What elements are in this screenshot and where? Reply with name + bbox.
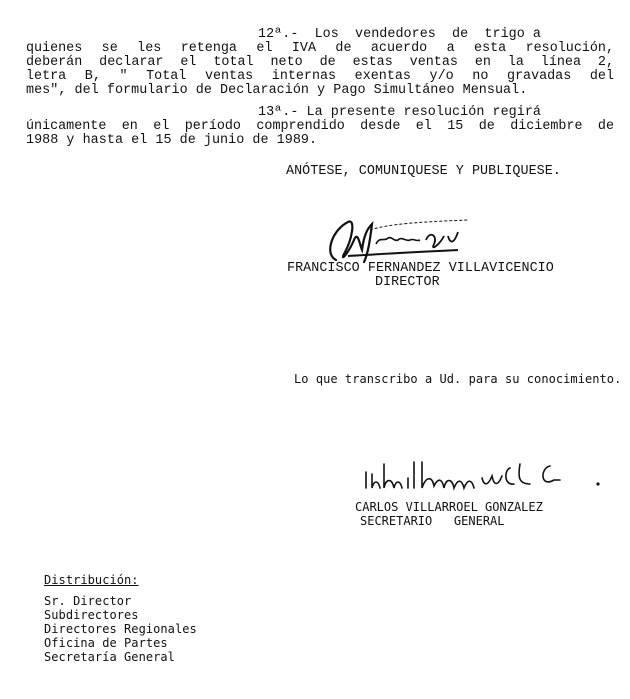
distribution-heading: Distribución: [44, 573, 139, 587]
paragraph-12-line-3: deberán declarar el total neto de estas … [26, 56, 614, 70]
director-title: DIRECTOR [375, 276, 440, 290]
secretary-signature [360, 458, 620, 494]
paragraph-13-line-3: 1988 y hasta el 15 de junio de 1989. [26, 134, 317, 148]
closing-formula: ANÓTESE, COMUNIQUESE Y PUBLIQUESE. [286, 165, 561, 179]
director-name: FRANCISCO FERNANDEZ VILLAVICENCIO [287, 262, 554, 276]
secretary-title: SECRETARIO GENERAL [360, 514, 505, 528]
paragraph-12-line-5: mes", del formulario de Declaración y Pa… [26, 84, 527, 98]
paragraph-13-line-1: 13ª.- La presente resolución regirá [258, 106, 541, 120]
distribution-item: Secretaría General [44, 650, 175, 664]
distribution-item: Directores Regionales [44, 622, 197, 636]
paragraph-13-line-2: únicamente en el período comprendido des… [26, 120, 614, 134]
paragraph-12-line-2: quienes se les retenga el IVA de acuerdo… [26, 42, 614, 56]
distribution-item: Sr. Director [44, 594, 131, 608]
distribution-item: Subdirectores [44, 608, 139, 622]
transcription-note: Lo que transcribo a Ud. para su conocimi… [294, 372, 621, 386]
secretary-name: CARLOS VILLARROEL GONZALEZ [355, 500, 543, 514]
paragraph-12-line-4: letra B, " Total ventas internas exentas… [26, 70, 614, 84]
paragraph-12-line-1: 12ª.- Los vendedores de trigo a [258, 28, 541, 42]
distribution-item: Oficina de Partes [44, 636, 168, 650]
